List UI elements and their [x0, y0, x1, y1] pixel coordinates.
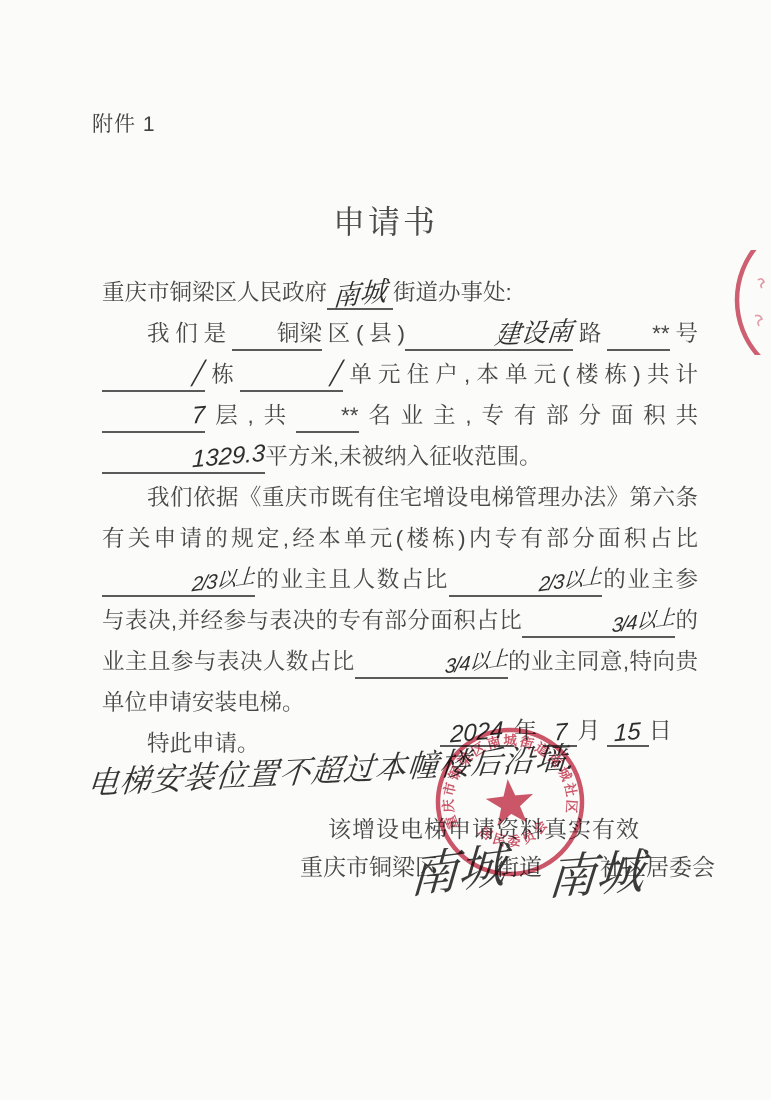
handwritten-ratio-4: 3/4以上 [399, 648, 507, 683]
street-name-blank: 南城 [327, 278, 393, 310]
district-blank: 铜梁 [232, 319, 322, 351]
house-number-value: ** [652, 321, 670, 346]
seal-star-icon [484, 777, 536, 827]
ratio-blank-2: 2/3以上 [449, 565, 602, 597]
edge-seal-ring [737, 250, 771, 355]
edge-seal-glyph [758, 279, 764, 288]
handwritten-unit-mark: ╱ [284, 362, 344, 388]
attachment-label: 附件 1 [92, 108, 156, 138]
info-seg-2: 区(县) [322, 321, 405, 346]
document-body: 重庆市铜梁区人民政府南城街道办事处: 我们是铜梁区(县)建设南路**号╱栋╱单元… [102, 272, 698, 764]
owners-value: ** [341, 403, 359, 428]
unit-blank: ╱ [240, 360, 343, 392]
handwritten-ratio-2: 2/3以上 [494, 566, 602, 601]
greeting-line: 重庆市铜梁区人民政府南城街道办事处: [102, 272, 698, 313]
house-number-blank: ** [607, 319, 670, 351]
page-title: 申请书 [0, 197, 771, 243]
basis-seg-2: 的业主且人数占比 [255, 567, 449, 592]
greeting-pre: 重庆市铜梁区人民政府 [102, 280, 327, 305]
handwritten-street-name: 南城 [332, 278, 388, 311]
basis-paragraph: 我们依据《重庆市既有住宅增设电梯管理办法》第六条有关申请的规定,经本单元(楼栋)… [102, 477, 698, 723]
basis-seg-1: 我们依据《重庆市既有住宅增设电梯管理办法》第六条有关申请的规定,经本单元(楼栋)… [102, 485, 698, 551]
handwritten-ratio-1: 2/3以上 [147, 566, 255, 601]
edge-seal-glyph [755, 315, 762, 326]
handwritten-building-mark: ╱ [146, 362, 206, 388]
info-seg-4: 号 [670, 321, 698, 346]
info-seg-9: 平方米,未被纳入征收范围。 [265, 444, 541, 469]
road-blank: 建设南 [405, 319, 573, 351]
area-blank: 1329.3 [102, 442, 265, 474]
info-seg-3: 路 [573, 321, 607, 346]
info-seg-6: 单元住户,本单元(楼栋)共计 [343, 362, 698, 387]
handwritten-ratio-3: 3/4以上 [567, 607, 675, 642]
ratio-blank-3: 3/4以上 [522, 606, 675, 638]
ratio-blank-1: 2/3以上 [102, 565, 255, 597]
handwritten-floors: 7 [147, 403, 206, 432]
official-seal: 重庆市铜梁区南城街道南城社区 居民委员会 [422, 714, 598, 890]
partial-edge-seal [725, 250, 771, 355]
info-seg-7: 层,共 [205, 403, 296, 428]
day-unit: 日 [649, 717, 672, 743]
floors-blank: 7 [102, 401, 205, 433]
info-seg-1: 我们是 [147, 321, 232, 346]
seal-bottom-text: 居民委员会 [475, 816, 552, 852]
ratio-blank-4: 3/4以上 [355, 647, 508, 679]
owners-blank: ** [296, 401, 359, 433]
building-blank: ╱ [102, 360, 205, 392]
district-value: 铜梁 [277, 321, 322, 346]
handwritten-road-name: 建设南 [449, 318, 575, 351]
handwritten-area: 1329.3 [147, 442, 265, 476]
greeting-post: 街道办事处: [393, 280, 512, 305]
seal-bottom-textpath: 居民委员会 [475, 816, 552, 852]
info-seg-8: 名业主,专有部分面积共 [359, 403, 699, 428]
scanned-application-document: 附件 1 申请书 重庆市铜梁区人民政府南城街道办事处: 我们是铜梁区(县)建设南… [0, 0, 771, 1100]
info-paragraph: 我们是铜梁区(县)建设南路**号╱栋╱单元住户,本单元(楼栋)共计7层,共**名… [102, 313, 698, 477]
info-seg-5: 栋 [205, 362, 240, 387]
